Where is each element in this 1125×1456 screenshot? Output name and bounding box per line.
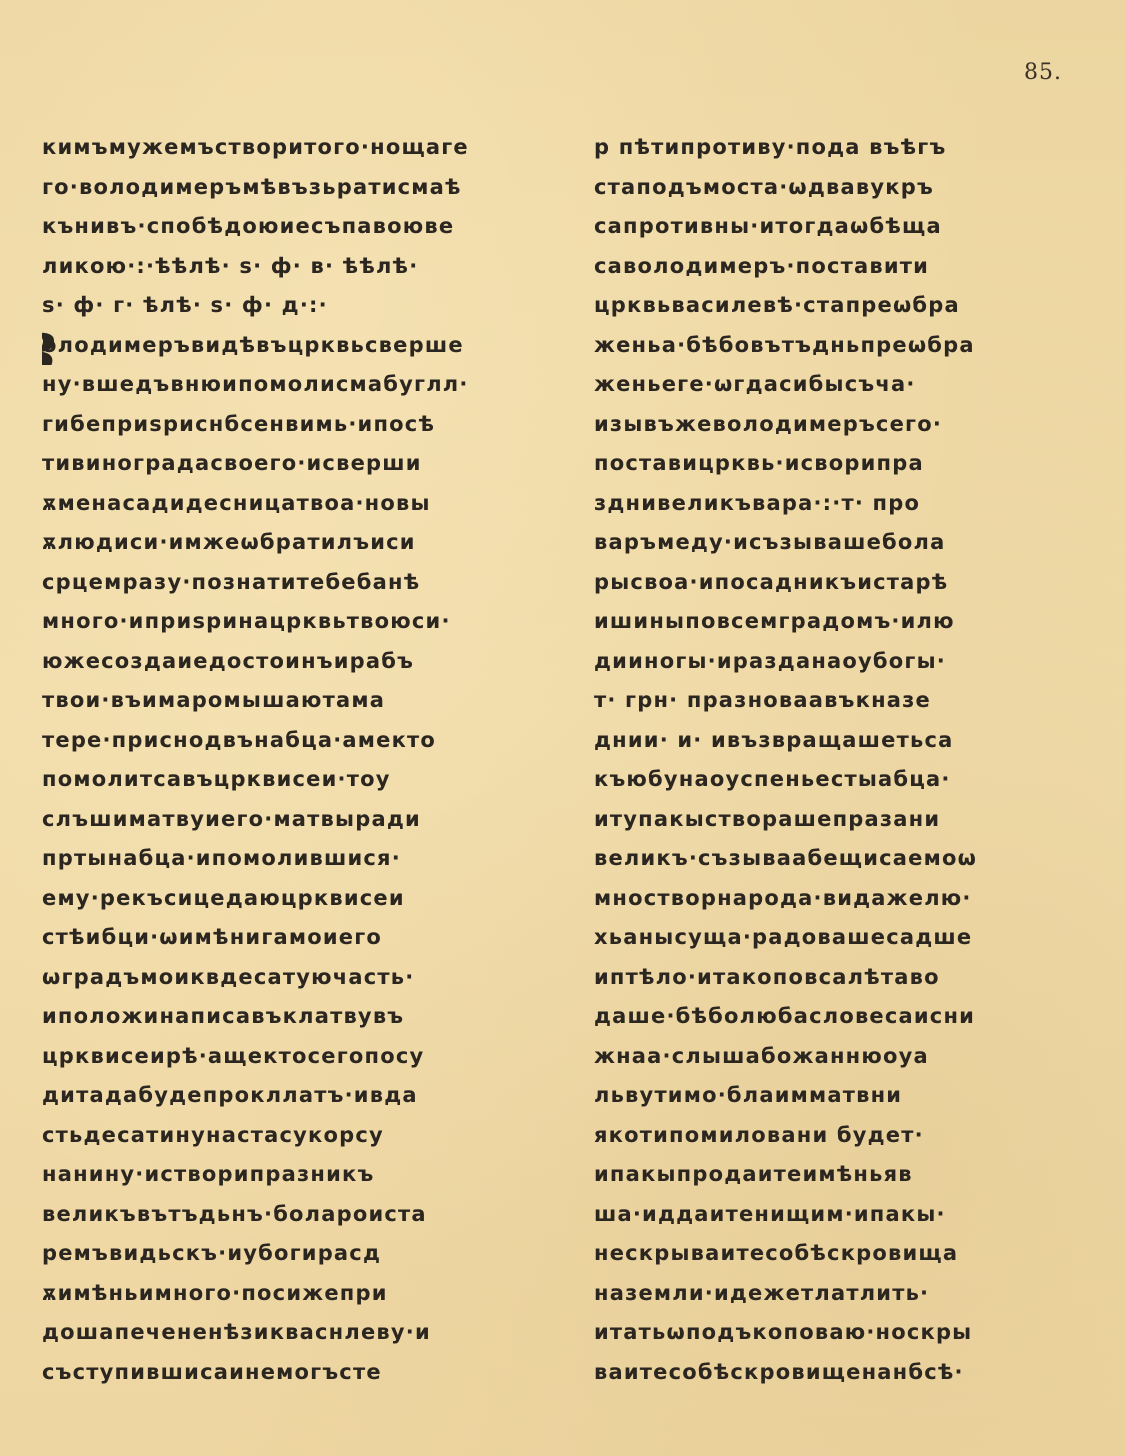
manuscript-line: кимъмужемъстворитого·нощаге xyxy=(42,128,562,168)
manuscript-line: итатьѡподъкоповаю·носкры xyxy=(594,1313,1084,1353)
manuscript-line: стаподъмоста·ѡдвавукръ xyxy=(594,168,1084,208)
manuscript-line: го·володимеръмѣвъзьратисмаѣ xyxy=(42,168,562,208)
manuscript-line: женьа·бѣбовътъдньпреѡбра xyxy=(594,326,1084,366)
manuscript-line: зднивеликъвара·:·т· про xyxy=(594,484,1084,524)
manuscript-line: ипакыпродаитеимѣньяв xyxy=(594,1155,1084,1195)
manuscript-line: т· грн· празноваавъкназе xyxy=(594,681,1084,721)
manuscript-line: пртынабца·ипомолившися· xyxy=(42,839,562,879)
manuscript-line: южесоздаиедостоинъирабъ xyxy=(42,642,562,682)
manuscript-line: якотипомиловани будет· xyxy=(594,1116,1084,1156)
manuscript-line: тивиноградасвоего·исверши xyxy=(42,444,562,484)
manuscript-line: р пѣтипротиву·пода въѣгъ xyxy=(594,128,1084,168)
right-text-column: р пѣтипротиву·пода въѣгъ стаподъмоста·ѡд… xyxy=(594,128,1084,1392)
manuscript-line: наземли·идежетлатлить· xyxy=(594,1274,1084,1314)
manuscript-line: днии· и· ивъзвращашетьса xyxy=(594,721,1084,761)
manuscript-line: ликою·:·ѣѣлѣ· ѕ· ф· в· ѣѣлѣ· xyxy=(42,247,562,287)
manuscript-line: даше·бѣболюбасловесаисни xyxy=(594,997,1084,1037)
manuscript-line: гибеприѕриснбсенвимь·ипосѣ xyxy=(42,405,562,445)
left-text-column: кимъмужемъстворитого·нощаге го·володимер… xyxy=(42,128,562,1392)
manuscript-line: мностворнарода·видажелю· xyxy=(594,879,1084,919)
manuscript-line: кънивъ·спобѣдоюиесъпавоюве xyxy=(42,207,562,247)
manuscript-line: съступившисаинемогъсте xyxy=(42,1353,562,1393)
manuscript-line: стьдесатинунастасукорсу xyxy=(42,1116,562,1156)
page-number: 85. xyxy=(1024,60,1062,85)
manuscript-line: ваитесобѣскровищенанбсѣ· xyxy=(594,1353,1084,1393)
manuscript-line: великъ·съзываабещисаемоѡ xyxy=(594,839,1084,879)
manuscript-line: ша·иддаитенищим·ипакы· xyxy=(594,1195,1084,1235)
manuscript-line: дитадабудепрокллатъ·ивда xyxy=(42,1076,562,1116)
manuscript-line: поставицрквь·исворипра xyxy=(594,444,1084,484)
manuscript-line: иптѣло·итакоповсалѣтаво xyxy=(594,958,1084,998)
manuscript-line: ему·рекъсицедаюцрквисеи xyxy=(42,879,562,919)
manuscript-line: нанину·истворипразникъ xyxy=(42,1155,562,1195)
manuscript-line: слъшиматвуиего·матвыради xyxy=(42,800,562,840)
manuscript-line: къюбунаоуспеньестыабца· xyxy=(594,760,1084,800)
manuscript-line: ѫлюдиси·имжеѡбратилъиси xyxy=(42,523,562,563)
manuscript-line: иположинаписавъклатвувъ xyxy=(42,997,562,1037)
manuscript-line: сапротивны·итогдаѡбѣща xyxy=(594,207,1084,247)
manuscript-line: изывъжеволодимеръсего· xyxy=(594,405,1084,445)
manuscript-line: женьеге·ѡгдасибысъча· xyxy=(594,365,1084,405)
manuscript-line: много·иприѕринацрквьтвоюси· xyxy=(42,602,562,642)
manuscript-line: црквисеирѣ·ащектосегопосу xyxy=(42,1037,562,1077)
manuscript-line: ѕ· ф· г· ѣлѣ· ѕ· ф· д·:· xyxy=(42,286,562,326)
manuscript-line: срцемразу·познатитебебанѣ xyxy=(42,563,562,603)
manuscript-line: ну·вшедъвнюипомолисмабуглл· xyxy=(42,365,562,405)
manuscript-line: нескрываитесобѣскровища xyxy=(594,1234,1084,1274)
manuscript-line: варъмеду·исъзывашебола xyxy=(594,523,1084,563)
manuscript-line: твои·въимаромышаютама xyxy=(42,681,562,721)
manuscript-line: ѫимѣньимного·посижепри xyxy=(42,1274,562,1314)
manuscript-line: ремъвидьскъ·иубогирасд xyxy=(42,1234,562,1274)
manuscript-line: стѣибци·ѡимѣнигамоиего xyxy=(42,918,562,958)
manuscript-line: хьанысуща·радовашесадше xyxy=(594,918,1084,958)
manuscript-line: львутимо·блаимматвни xyxy=(594,1076,1084,1116)
manuscript-line: великъвътъдьнъ·болароиста xyxy=(42,1195,562,1235)
manuscript-line: дошапечененѣзикваснлеву·и xyxy=(42,1313,562,1353)
manuscript-line: тере·приснодвънабца·амекто xyxy=(42,721,562,761)
manuscript-line: црквьвасилевѣ·стапреѡбра xyxy=(594,286,1084,326)
manuscript-line: рысвоа·ипосадникъистарѣ xyxy=(594,563,1084,603)
manuscript-line: итупакыстворашепразани xyxy=(594,800,1084,840)
manuscript-line: саволодимеръ·поставити xyxy=(594,247,1084,287)
manuscript-line-with-initial: В олодимеръвидѣвъцрквьсверше xyxy=(42,326,562,366)
manuscript-line: жнаа·слышабожаннюоуа xyxy=(594,1037,1084,1077)
manuscript-line: дииногы·иразданаоубогы· xyxy=(594,642,1084,682)
manuscript-line-text: олодимеръвидѣвъцрквьсверше xyxy=(42,333,464,357)
manuscript-line: ишиныповсемградомъ·илю xyxy=(594,602,1084,642)
manuscript-line: ѡградъмоиквдесатуючасть· xyxy=(42,958,562,998)
manuscript-line: помолитсавъцрквисеи·тоу xyxy=(42,760,562,800)
manuscript-line: ѫменасадидесницатвоа·новы xyxy=(42,484,562,524)
